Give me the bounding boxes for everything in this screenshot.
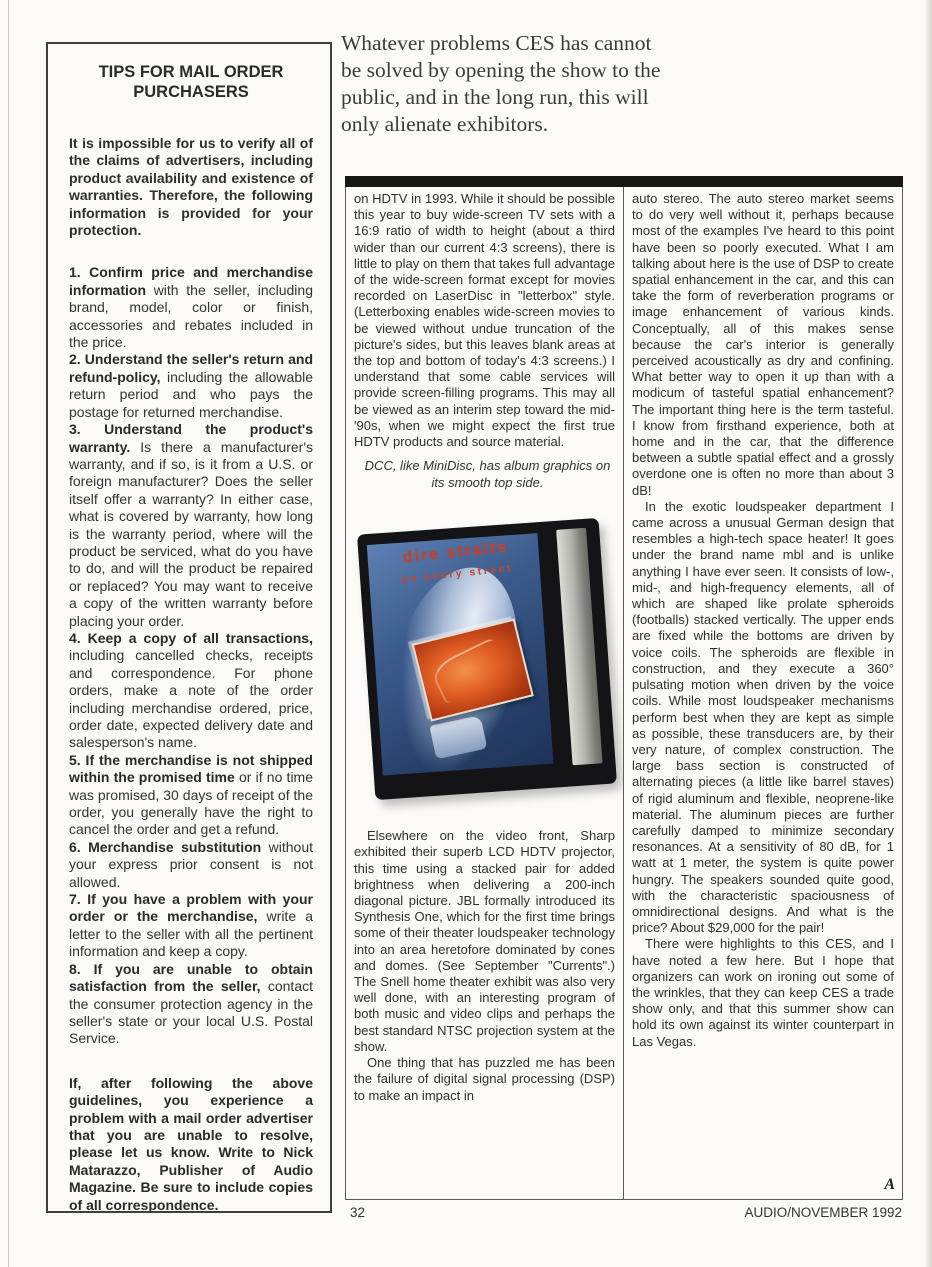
page-scan-edge-left [8,0,9,1267]
page-scan-edge-right [924,0,932,1267]
photo-caption: DCC, like MiniDisc, has album graphics o… [364,457,611,491]
article-top-rule [345,176,903,187]
tip-item-3-text: Is there a manufacturer's warranty, and … [69,439,313,629]
cassette-cover-art: dire straits on every street [367,533,554,775]
tip-item-8: 8. If you are unable to obtain satisfact… [69,961,313,1048]
article-column-1: on HDTV in 1993. While it should be poss… [346,187,624,1199]
tips-box: TIPS FOR MAIL ORDER PURCHASERS It is imp… [46,42,332,1213]
col1-paragraph-2: Elsewhere on the video front, Sharp exhi… [354,828,615,1055]
tip-item-1: 1. Confirm price and merchandise informa… [69,264,313,351]
tips-title-line1: TIPS FOR MAIL ORDER [99,63,284,81]
magazine-issue-label: AUDIO/NOVEMBER 1992 [744,1205,902,1220]
col1-paragraph-1: on HDTV in 1993. While it should be poss… [354,191,615,450]
tip-item-4-lead: 4. Keep a copy of all transactions, [69,630,313,646]
article-columns: on HDTV in 1993. While it should be poss… [345,187,903,1200]
audio-end-of-article-mark: A [884,1177,895,1193]
tips-title-line2: PURCHASERS [133,83,249,101]
tips-items-list: 1. Confirm price and merchandise informa… [69,264,313,1047]
col1-paragraph-3: One thing that has puzzled me has been t… [354,1055,615,1104]
col2-paragraph-1: auto stereo. The auto stereo market seem… [632,191,894,499]
col2-paragraph-2: In the exotic loudspeaker department I c… [632,499,894,936]
tip-item-7: 7. If you have a problem with your order… [69,891,313,961]
pull-quote: Whatever problems CES has cannot be solv… [341,30,671,138]
cassette-metal-strip [556,528,602,766]
tip-item-5: 5. If the merchandise is not shipped wit… [69,752,313,839]
magazine-page: TIPS FOR MAIL ORDER PURCHASERS It is imp… [0,0,932,1267]
tip-item-6: 6. Merchandise substitution without your… [69,839,313,891]
tips-intro: It is impossible for us to verify all of… [69,135,313,239]
tip-item-2: 2. Understand the seller's return and re… [69,351,313,421]
tips-box-title: TIPS FOR MAIL ORDER PURCHASERS [69,62,313,102]
article-column-2: auto stereo. The auto stereo market seem… [624,187,902,1199]
tips-closing: If, after following the above guidelines… [69,1075,313,1213]
tip-item-4-text: including cancelled checks, receipts and… [69,647,313,750]
page-number: 32 [350,1205,365,1220]
page-footer: 32 AUDIO/NOVEMBER 1992 [345,1200,903,1220]
dcc-cassette-photo: dire straits on every street [352,496,617,828]
dcc-cassette: dire straits on every street [357,518,617,800]
tv-scribble-lines [429,638,509,705]
article-body: on HDTV in 1993. While it should be poss… [345,176,903,1220]
tip-item-3: 3. Understand the product's warranty. Is… [69,421,313,630]
tip-item-4: 4. Keep a copy of all transactions, incl… [69,630,313,752]
col2-paragraph-3: There were highlights to this CES, and I… [632,936,894,1049]
tip-item-6-lead: 6. Merchandise substitution [69,839,261,855]
